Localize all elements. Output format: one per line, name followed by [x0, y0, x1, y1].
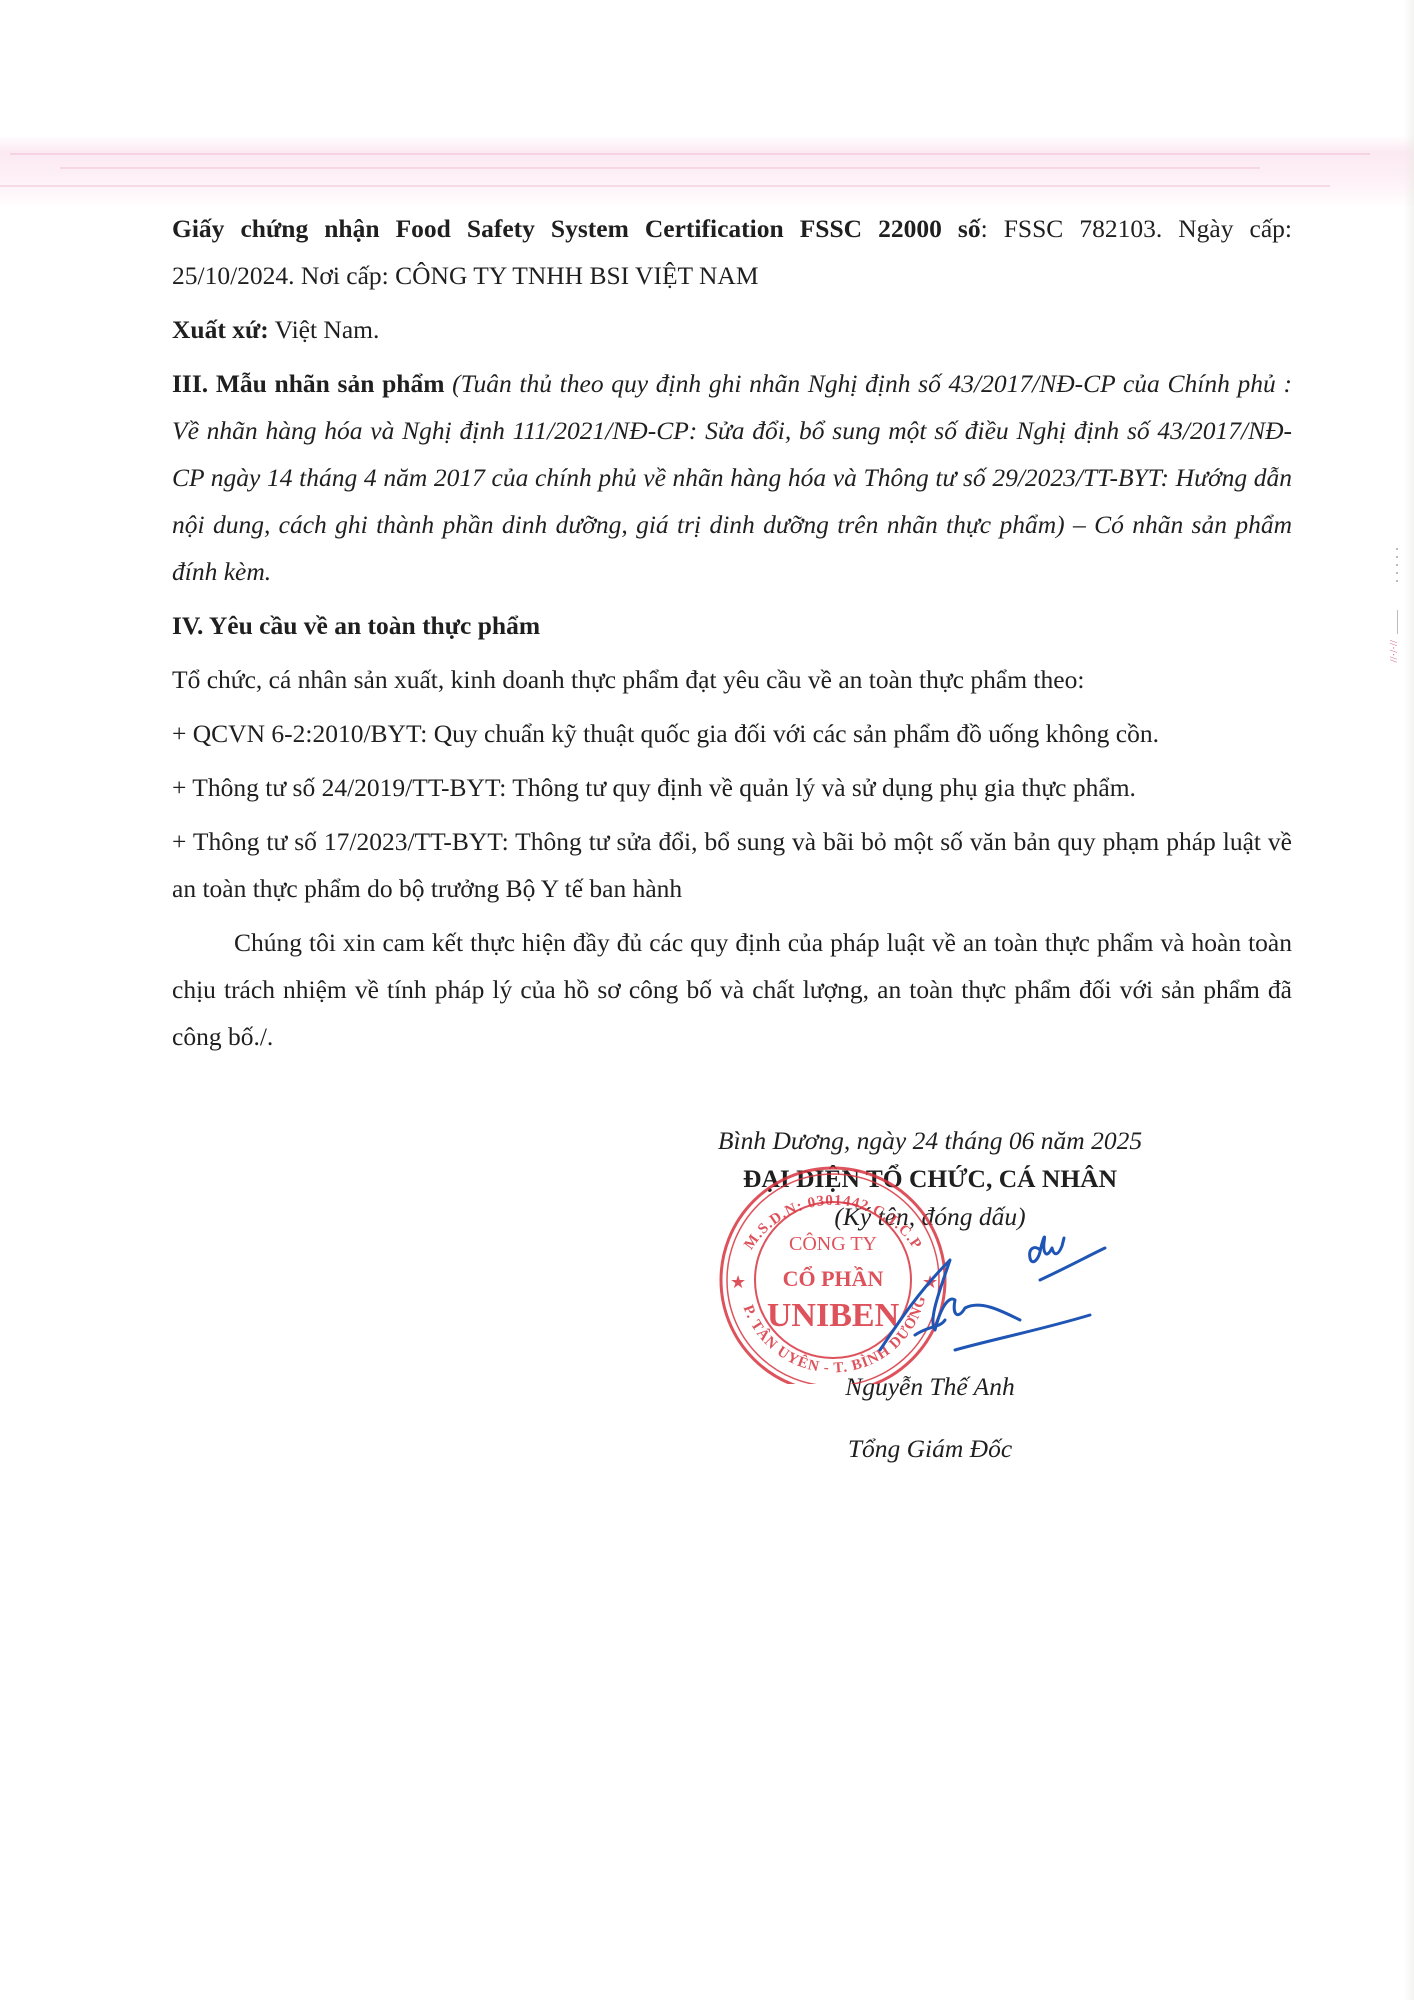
section-iii-paragraph: III. Mẫu nhãn sản phẩm (Tuân thủ theo qu… [172, 360, 1292, 595]
certificate-label: Giấy chứng nhận Food Safety System Certi… [172, 214, 981, 243]
origin-label: Xuất xứ: [172, 315, 269, 344]
commitment-paragraph: Chúng tôi xin cam kết thực hiện đầy đủ c… [172, 919, 1292, 1060]
origin-paragraph: Xuất xứ: Việt Nam. [172, 306, 1292, 353]
origin-value: Việt Nam. [269, 315, 380, 344]
signature-icon [840, 1200, 1110, 1360]
page-edge-shadow [1404, 0, 1414, 2000]
star-icon: ★ [730, 1272, 746, 1292]
section-iii-heading: III. Mẫu nhãn sản phẩm [172, 369, 444, 398]
margin-artifact-line [1397, 610, 1398, 634]
margin-artifact-mark: //·/·// [1386, 640, 1400, 663]
section-iii-note: (Tuân thủ theo quy định ghi nhãn Nghị đị… [172, 369, 1292, 586]
section-iv-intro: Tổ chức, cá nhân sản xuất, kinh doanh th… [172, 656, 1292, 703]
section-iv-heading: IV. Yêu cầu về an toàn thực phẩm [172, 602, 1292, 649]
regulation-item: + Thông tư số 17/2023/TT-BYT: Thông tư s… [172, 818, 1292, 912]
scan-artifact-band [0, 135, 1414, 205]
place-date: Bình Dương, ngày 24 tháng 06 năm 2025 [640, 1122, 1220, 1160]
regulation-item: + QCVN 6-2:2010/BYT: Quy chuẩn kỹ thuật … [172, 710, 1292, 757]
regulation-item: + Thông tư số 24/2019/TT-BYT: Thông tư q… [172, 764, 1292, 811]
handwritten-signature [840, 1200, 1110, 1360]
certificate-paragraph: Giấy chứng nhận Food Safety System Certi… [172, 205, 1292, 299]
margin-artifact-dots [1396, 548, 1398, 588]
document-body: Giấy chứng nhận Food Safety System Certi… [172, 205, 1292, 1060]
signatory-role: Tổng Giám Đốc [640, 1434, 1220, 1464]
